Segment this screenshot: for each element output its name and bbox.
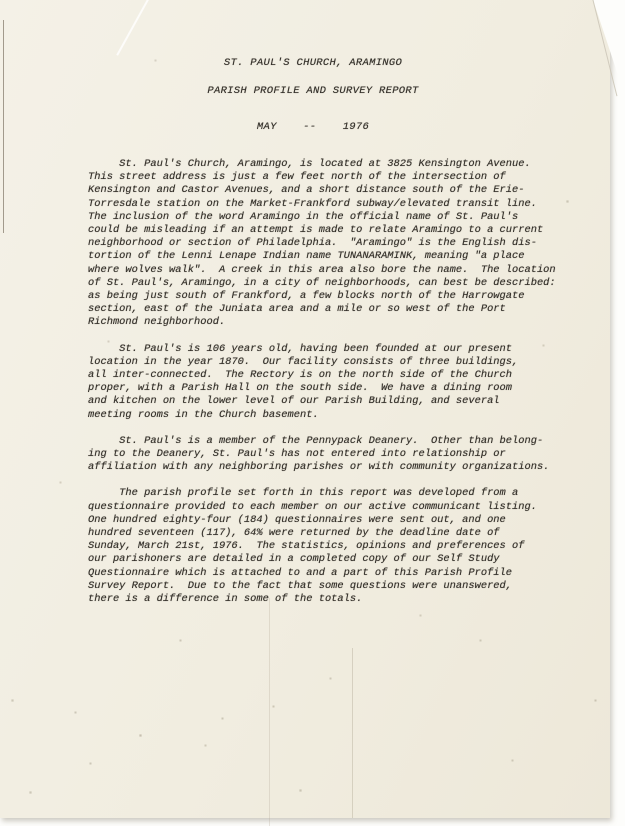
paragraph-history-facility: St. Paul's is 106 years old, having been… (88, 343, 556, 422)
paper-crease-vertical-left (269, 598, 270, 826)
paper-speckle-noise (0, 0, 1, 1)
document-body: St. Paul's Church, Aramingo, is located … (88, 158, 556, 619)
scanned-document: ST. PAUL'S CHURCH, ARAMINGO PARISH PROFI… (0, 0, 625, 826)
document-subtitle: PARISH PROFILE AND SURVEY REPORT (78, 85, 548, 97)
paper-crease-vertical-right (352, 648, 353, 818)
paper-left-edge-artifact (3, 20, 4, 233)
document-title: ST. PAUL'S CHURCH, ARAMINGO (78, 57, 548, 69)
paragraph-questionnaire: The parish profile set forth in this rep… (88, 487, 556, 606)
document-page: ST. PAUL'S CHURCH, ARAMINGO PARISH PROFI… (0, 0, 610, 818)
paper-crease-top-left (117, 0, 150, 56)
document-date: MAY -- 1976 (78, 121, 548, 133)
paragraph-deanery: St. Paul's is a member of the Pennypack … (88, 435, 556, 475)
paragraph-location: St. Paul's Church, Aramingo, is located … (88, 158, 556, 330)
